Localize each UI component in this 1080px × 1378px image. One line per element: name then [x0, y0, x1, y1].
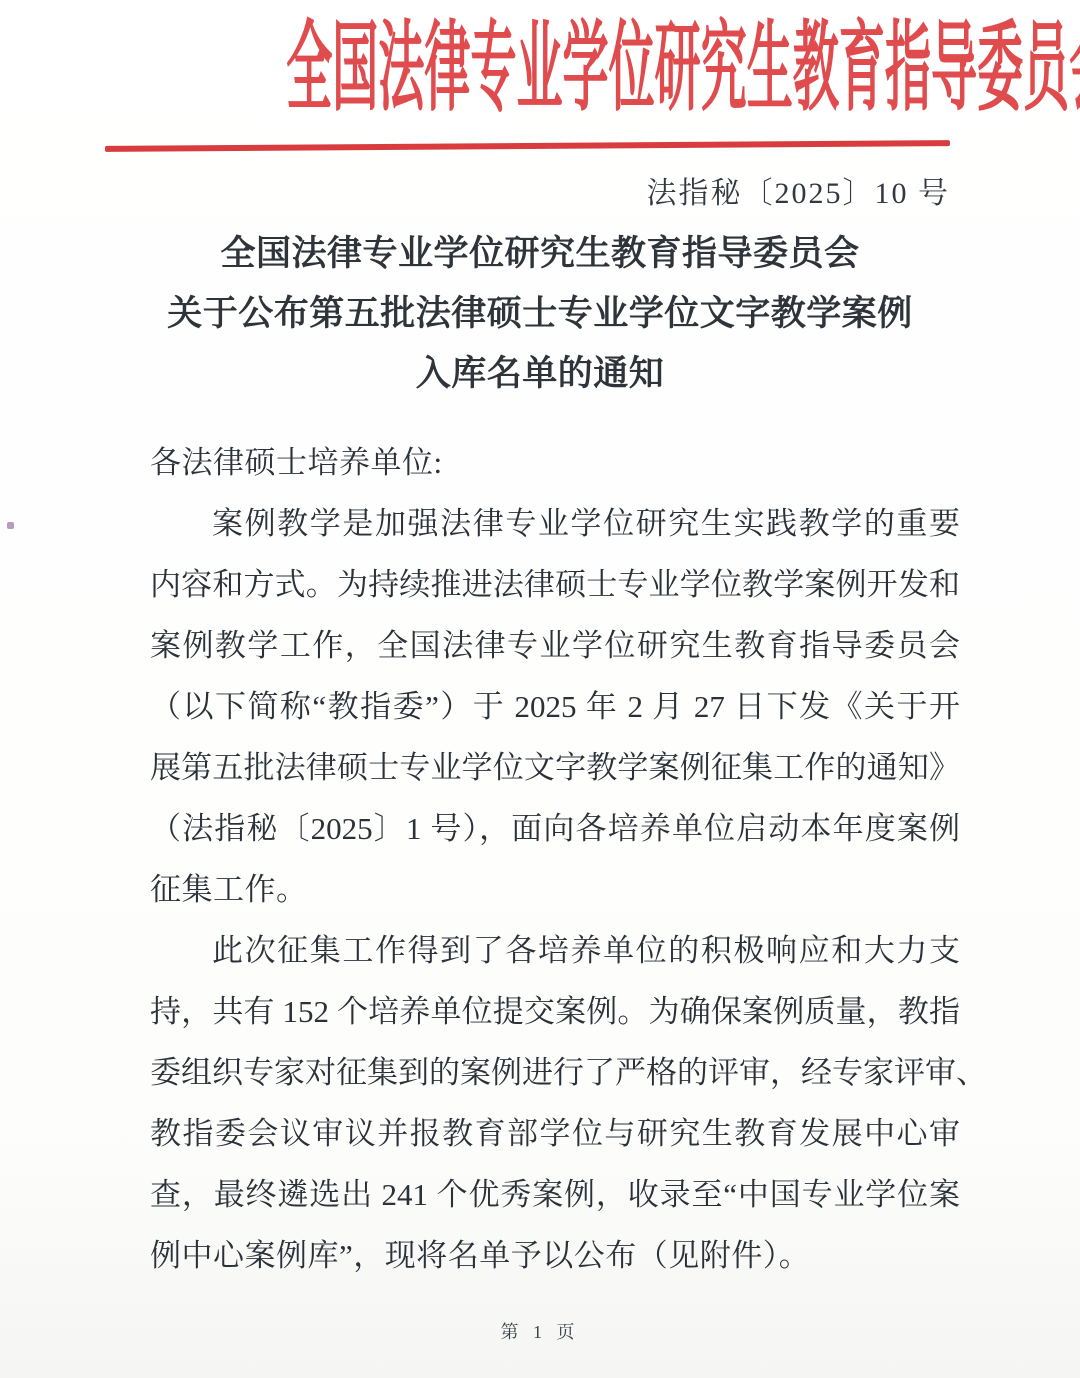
body-line: 持，共有 152 个培养单位提交案例。为确保案例质量，教指 — [150, 981, 960, 1042]
document-title-line-2: 关于公布第五批法律硕士专业学位文字教学案例 — [0, 284, 1080, 344]
body-line: 征集工作。 — [150, 859, 960, 920]
body-line: 委组织专家对征集到的案例进行了严格的评审，经专家评审、 — [150, 1042, 960, 1103]
page-footer: 第 1 页 — [0, 1318, 1080, 1344]
document-title-line-1: 全国法律专业学位研究生教育指导委员会 — [0, 224, 1080, 284]
body-line: 查，最终遴选出 241 个优秀案例，收录至“中国专业学位案 — [150, 1164, 960, 1225]
body-line: 案例教学工作，全国法律专业学位研究生教育指导委员会 — [150, 615, 960, 676]
body-line: （法指秘〔2025〕1 号），面向各培养单位启动本年度案例 — [150, 798, 960, 859]
scan-artifact-dot — [7, 522, 14, 529]
body-line: （以下简称“教指委”）于 2025 年 2 月 27 日下发《关于开 — [150, 676, 960, 737]
document-title: 全国法律专业学位研究生教育指导委员会 关于公布第五批法律硕士专业学位文字教学案例… — [0, 224, 1080, 404]
document-title-line-3: 入库名单的通知 — [0, 344, 1080, 404]
body-line: 案例教学是加强法律专业学位研究生实践教学的重要 — [150, 493, 960, 554]
letterhead-red-rule — [105, 140, 950, 152]
body-line: 教指委会议审议并报教育部学位与研究生教育发展中心审 — [150, 1103, 960, 1164]
page-number-label: 第 1 页 — [501, 1322, 580, 1342]
body-line: 内容和方式。为持续推进法律硕士专业学位教学案例开发和 — [150, 554, 960, 615]
body-line: 此次征集工作得到了各培养单位的积极响应和大力支 — [150, 920, 960, 981]
body-line: 各法律硕士培养单位: — [150, 432, 960, 493]
document-reference-number: 法指秘〔2025〕10 号 — [647, 168, 951, 212]
letterhead-org-name: 全国法律专业学位研究生教育指导委员会 — [286, 14, 794, 124]
body-line: 例中心案例库”，现将名单予以公布（见附件）。 — [150, 1225, 960, 1286]
body-line: 展第五批法律硕士专业学位文字教学案例征集工作的通知》 — [150, 737, 960, 798]
scanned-document-page: 全国法律专业学位研究生教育指导委员会 法指秘〔2025〕10 号 全国法律专业学… — [0, 0, 1080, 1378]
document-body: 各法律硕士培养单位:案例教学是加强法律专业学位研究生实践教学的重要内容和方式。为… — [150, 432, 960, 1286]
